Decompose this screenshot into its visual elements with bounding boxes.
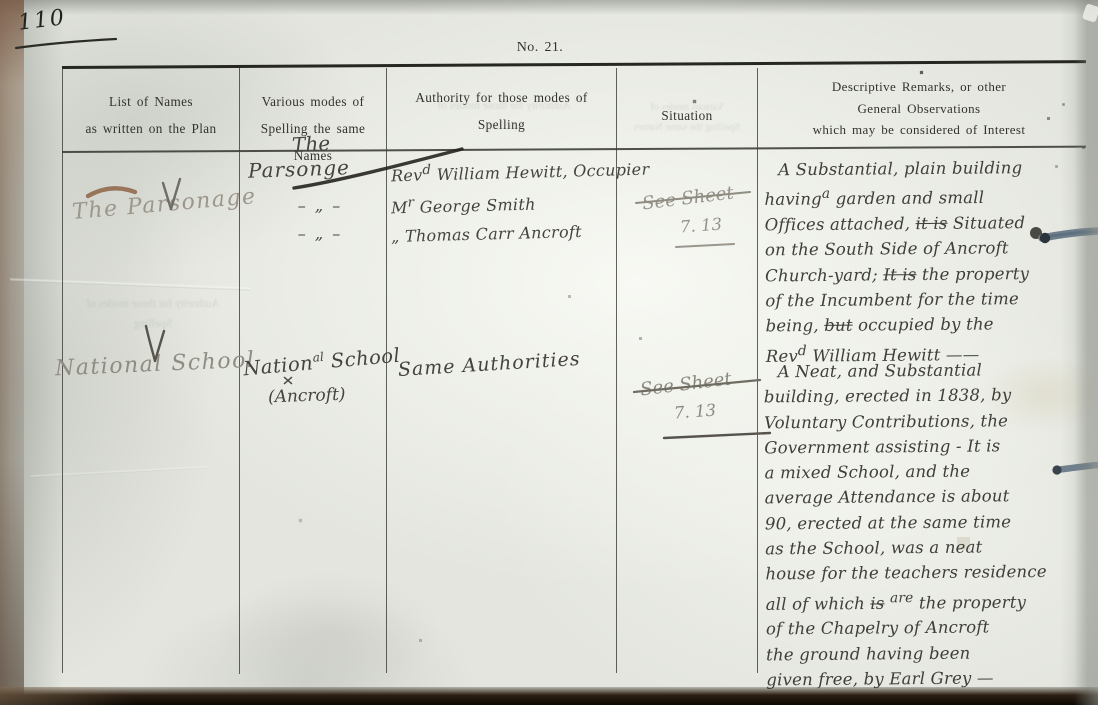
- bleed-through-text: Authority for those modes ofSpelling: [78, 294, 228, 334]
- column-divider: [386, 68, 387, 673]
- header-line: as written on the Plan: [63, 115, 239, 142]
- header-line: List of Names: [63, 88, 239, 115]
- header-line: General Observations: [758, 98, 1080, 120]
- bleed-line: Spelling: [78, 314, 228, 334]
- header-line: Various modes of: [240, 88, 386, 115]
- header-bottom-rule: [62, 146, 1086, 153]
- remarks-line: being, but occupied by the: [765, 311, 1085, 339]
- remarks-line: Voluntary Contributions, the: [764, 407, 1084, 435]
- column-header-situation: Situation: [617, 102, 757, 129]
- column-header-authority: Authority for those modes ofSpelling: [387, 84, 616, 138]
- remarks-line: of the Incumbent for the time: [765, 286, 1085, 314]
- header-line: Situation: [617, 102, 757, 129]
- header-line: Authority for those modes of: [387, 84, 616, 111]
- register-page: 110 No. 21. List of Namesas written on t…: [0, 0, 1098, 705]
- page-number: 110: [17, 5, 68, 36]
- insertion-caret-mark: [284, 377, 292, 384]
- book-bottom-edge: [0, 687, 1098, 705]
- spelling-line: National School: [242, 343, 401, 380]
- remarks-line: 90, erected at the same time: [765, 508, 1085, 536]
- spelling-line: Parsonge: [248, 155, 351, 183]
- sheet-ref-underline: [664, 433, 770, 438]
- ditto-mark: – „ –: [260, 196, 380, 215]
- remarks-line: A Substantial, plain building: [764, 155, 1084, 183]
- remarks-line: A Neat, and Substantial: [764, 357, 1084, 385]
- paper-crease: [30, 465, 210, 477]
- table-top-rule: [62, 60, 1086, 69]
- column-divider: [757, 68, 758, 673]
- remarks-line: building, erected in 1838, by: [764, 382, 1084, 410]
- remarks-line: as the School, was a neat: [765, 534, 1085, 562]
- column-header-list-of-names: List of Namesas written on the Plan: [63, 88, 239, 142]
- dust-specks: [0, 0, 1, 1]
- remarks-line: the ground having been: [766, 639, 1086, 667]
- situation-crossed-text: See Sheet: [639, 368, 733, 400]
- situation-sheet-reference: 7. 13: [673, 401, 716, 423]
- remarks-line: house for the teachers residence: [765, 559, 1085, 587]
- spelling-line: (Ancroft): [268, 385, 346, 408]
- remarks-line: havinga garden and small: [764, 180, 1084, 213]
- remarks-line: all of which is are the property: [766, 584, 1086, 617]
- spelling-line: The: [291, 131, 330, 157]
- authority-list-national-school: Same Authorities: [398, 356, 581, 384]
- sheet-number: No. 21.: [470, 40, 610, 56]
- entry-name-national-school: National School: [55, 348, 256, 382]
- remarks-line: average Attendance is about: [765, 483, 1085, 511]
- remarks-line: Offices attached, it is Situated: [765, 210, 1085, 238]
- remarks-parsonage: A Substantial, plain buildinghavinga gar…: [764, 155, 1086, 369]
- page-right-edge: [1074, 0, 1098, 705]
- remarks-line: Government assisting - It is: [764, 432, 1084, 460]
- ditto-mark: – „ –: [260, 224, 380, 243]
- remarks-line: on the South Side of Ancroft: [765, 235, 1085, 263]
- book-spine-edge: [0, 0, 24, 705]
- bleed-line: Authority for those modes of: [78, 294, 228, 314]
- authority-line: Same Authorities: [397, 345, 581, 384]
- remarks-line: a mixed School, and the: [764, 458, 1084, 486]
- entry-name-parsonage: The Parsonage: [71, 184, 257, 225]
- header-line: Descriptive Remarks, or other: [758, 76, 1080, 98]
- page-number-underline: [16, 39, 116, 48]
- remarks-line: of the Chapelry of Ancroft: [766, 614, 1086, 642]
- header-line: Spelling: [387, 111, 616, 138]
- remarks-national-school: A Neat, and Substantialbuilding, erected…: [764, 357, 1087, 693]
- column-header-descriptive-remarks: Descriptive Remarks, or otherGeneral Obs…: [758, 76, 1080, 141]
- situation-crossed-text: See Sheet: [641, 182, 735, 214]
- situation-sheet-reference: 7. 13: [679, 215, 722, 237]
- sheet-ref-underline: [676, 244, 734, 247]
- authority-list-parsonage: Revd William Hewitt, OccupierMr George S…: [391, 158, 649, 251]
- remarks-line: Church-yard; It is the property: [765, 260, 1085, 288]
- header-line: which may be considered of Interest: [758, 119, 1080, 141]
- paper-crease: [10, 277, 250, 290]
- authority-line: „ Thomas Carr Ancroft: [391, 216, 650, 251]
